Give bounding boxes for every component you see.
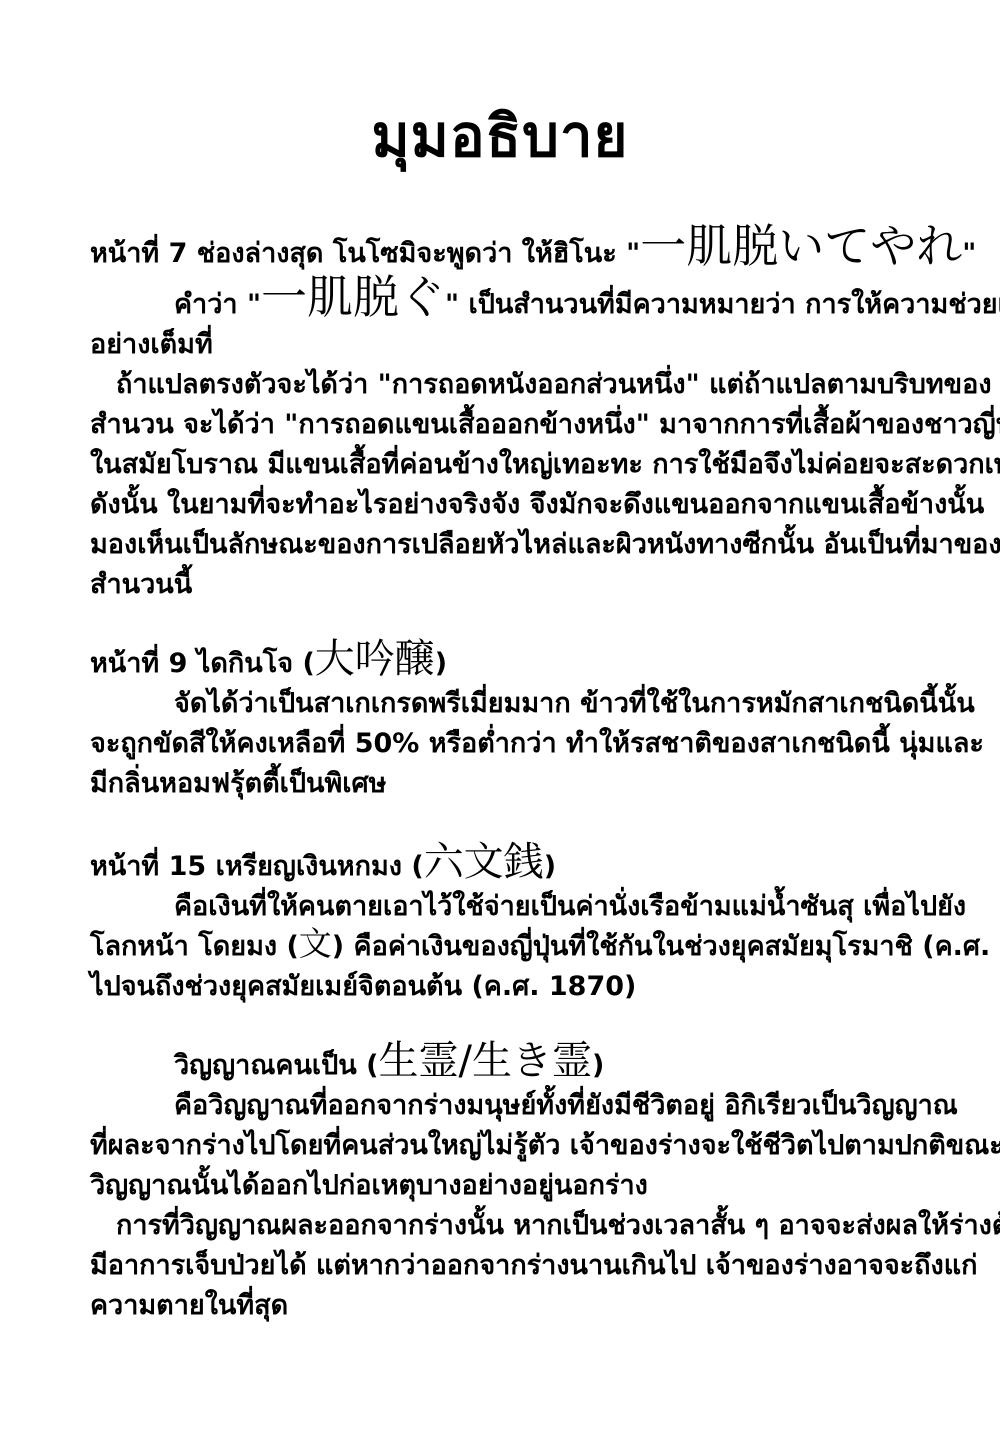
- text-line: หน้าที่ 7 ช่องล่างสุด โนโซมิจะพูดว่า ให้…: [90, 223, 914, 274]
- text-line: ที่ผละจากร่างไปโดยที่คนส่วนใหญ่ไม่รู้ตัว…: [90, 1126, 914, 1166]
- thai-text: หน้าที่ 7 ช่องล่างสุด โนโซมิจะพูดว่า ให้…: [90, 238, 640, 269]
- text-line: ดังนั้น ในยามที่จะทำอะไรอย่างจริงจัง จึง…: [90, 485, 914, 525]
- japanese-phrase: 一肌脱ぐ: [261, 270, 445, 324]
- text-line: วิญญาณนั้นได้ออกไปก่อเหตุบางอย่างอยู่นอก…: [90, 1166, 914, 1206]
- thai-text: ): [435, 648, 447, 679]
- thai-text: โลกหน้า โดยมง (: [90, 931, 299, 962]
- thai-text: " เป็นสำนวนที่มีความหมายว่า การให้ความช่…: [445, 289, 1000, 320]
- text-line: มีกลิ่นหอมฟรุ้ตตี้เป็นพิเศษ: [90, 764, 914, 804]
- japanese-phrase: 生霊/生き霊: [378, 1038, 591, 1084]
- section-page7-idiom-note: หน้าที่ 7 ช่องล่างสุด โนโซมิจะพูดว่า ให้…: [90, 223, 914, 605]
- thai-text: คำว่า ": [174, 289, 261, 320]
- document-page: มุมอธิบาย หน้าที่ 7 ช่องล่างสุด โนโซมิจะ…: [0, 0, 1000, 1440]
- notes-content: หน้าที่ 7 ช่องล่างสุด โนโซมิจะพูดว่า ให้…: [0, 173, 1000, 1326]
- text-line: ถ้าแปลตรงตัวจะได้ว่า "การถอดหนังออกส่วนห…: [90, 365, 914, 405]
- thai-text: ) คือค่าเงินของญี่ปุ่นที่ใช้กันในช่วงยุค…: [332, 931, 1000, 962]
- text-line: สำนวนนี้: [90, 565, 914, 605]
- thai-text: ": [962, 238, 976, 269]
- section-heading: วิญญาณคนเป็น (生霊/生き霊): [90, 1041, 914, 1086]
- text-line: สำนวน จะได้ว่า "การถอดแขนเสื้อออกข้างหนึ…: [90, 405, 914, 445]
- text-line: จัดได้ว่าเป็นสาเกเกรดพรีเมี่ยมมาก ข้าวที…: [90, 684, 914, 724]
- text-line: โลกหน้า โดยมง (文) คือค่าเงินของญี่ปุ่นที…: [90, 927, 914, 967]
- japanese-phrase: 文: [299, 924, 332, 963]
- japanese-phrase: 大吟醸: [315, 636, 435, 682]
- thai-text: หน้าที่ 15 เหรียญเงินหกมง (: [90, 851, 424, 882]
- text-line: การที่วิญญาณผละออกจากร่างนั้น หากเป็นช่ว…: [90, 1206, 914, 1246]
- section-heading: หน้าที่ 15 เหรียญเงินหกมง (六文銭): [90, 842, 914, 887]
- text-line: มีอาการเจ็บป่วยได้ แต่หากว่าออกจากร่างนา…: [90, 1246, 914, 1286]
- text-line: จะถูกขัดสีให้คงเหลือที่ 50% หรือต่ำกว่า …: [90, 724, 914, 764]
- text-line: ความตายในที่สุด: [90, 1286, 914, 1326]
- text-line: ในสมัยโบราณ มีแขนเสื้อที่ค่อนข้างใหญ่เทอ…: [90, 445, 914, 485]
- page-title: มุมอธิบาย: [0, 100, 1000, 173]
- text-line: คือวิญญาณที่ออกจากร่างมนุษย์ทั้งที่ยังมี…: [90, 1086, 914, 1126]
- section-page15-six-mon-coins-note: หน้าที่ 15 เหรียญเงินหกมง (六文銭) คือเงินท…: [90, 842, 914, 1007]
- thai-text: ): [544, 851, 556, 882]
- japanese-phrase: 六文銭: [424, 839, 544, 885]
- thai-text: ): [592, 1050, 604, 1081]
- section-heading: หน้าที่ 9 ไดกินโจ (大吟醸): [90, 639, 914, 684]
- text-line: อย่างเต็มที่: [90, 325, 914, 365]
- section-page9-daiginjo-note: หน้าที่ 9 ไดกินโจ (大吟醸) จัดได้ว่าเป็นสาเ…: [90, 639, 914, 804]
- text-line: ไปจนถึงช่วงยุคสมัยเมย์จิตอนต้น (ค.ศ. 187…: [90, 967, 914, 1007]
- text-line: มองเห็นเป็นลักษณะของการเปลือยหัวไหล่และผ…: [90, 525, 914, 565]
- section-living-spirit-note: วิญญาณคนเป็น (生霊/生き霊) คือวิญญาณที่ออกจาก…: [90, 1041, 914, 1326]
- thai-text: วิญญาณคนเป็น (: [174, 1050, 378, 1081]
- text-line: คือเงินที่ให้คนตายเอาไว้ใช้จ่ายเป็นค่านั…: [90, 887, 914, 927]
- thai-text: หน้าที่ 9 ไดกินโจ (: [90, 648, 315, 679]
- japanese-phrase: 一肌脱いてやれ: [640, 219, 962, 273]
- text-line: คำว่า "一肌脱ぐ" เป็นสำนวนที่มีความหมายว่า ก…: [90, 274, 914, 325]
